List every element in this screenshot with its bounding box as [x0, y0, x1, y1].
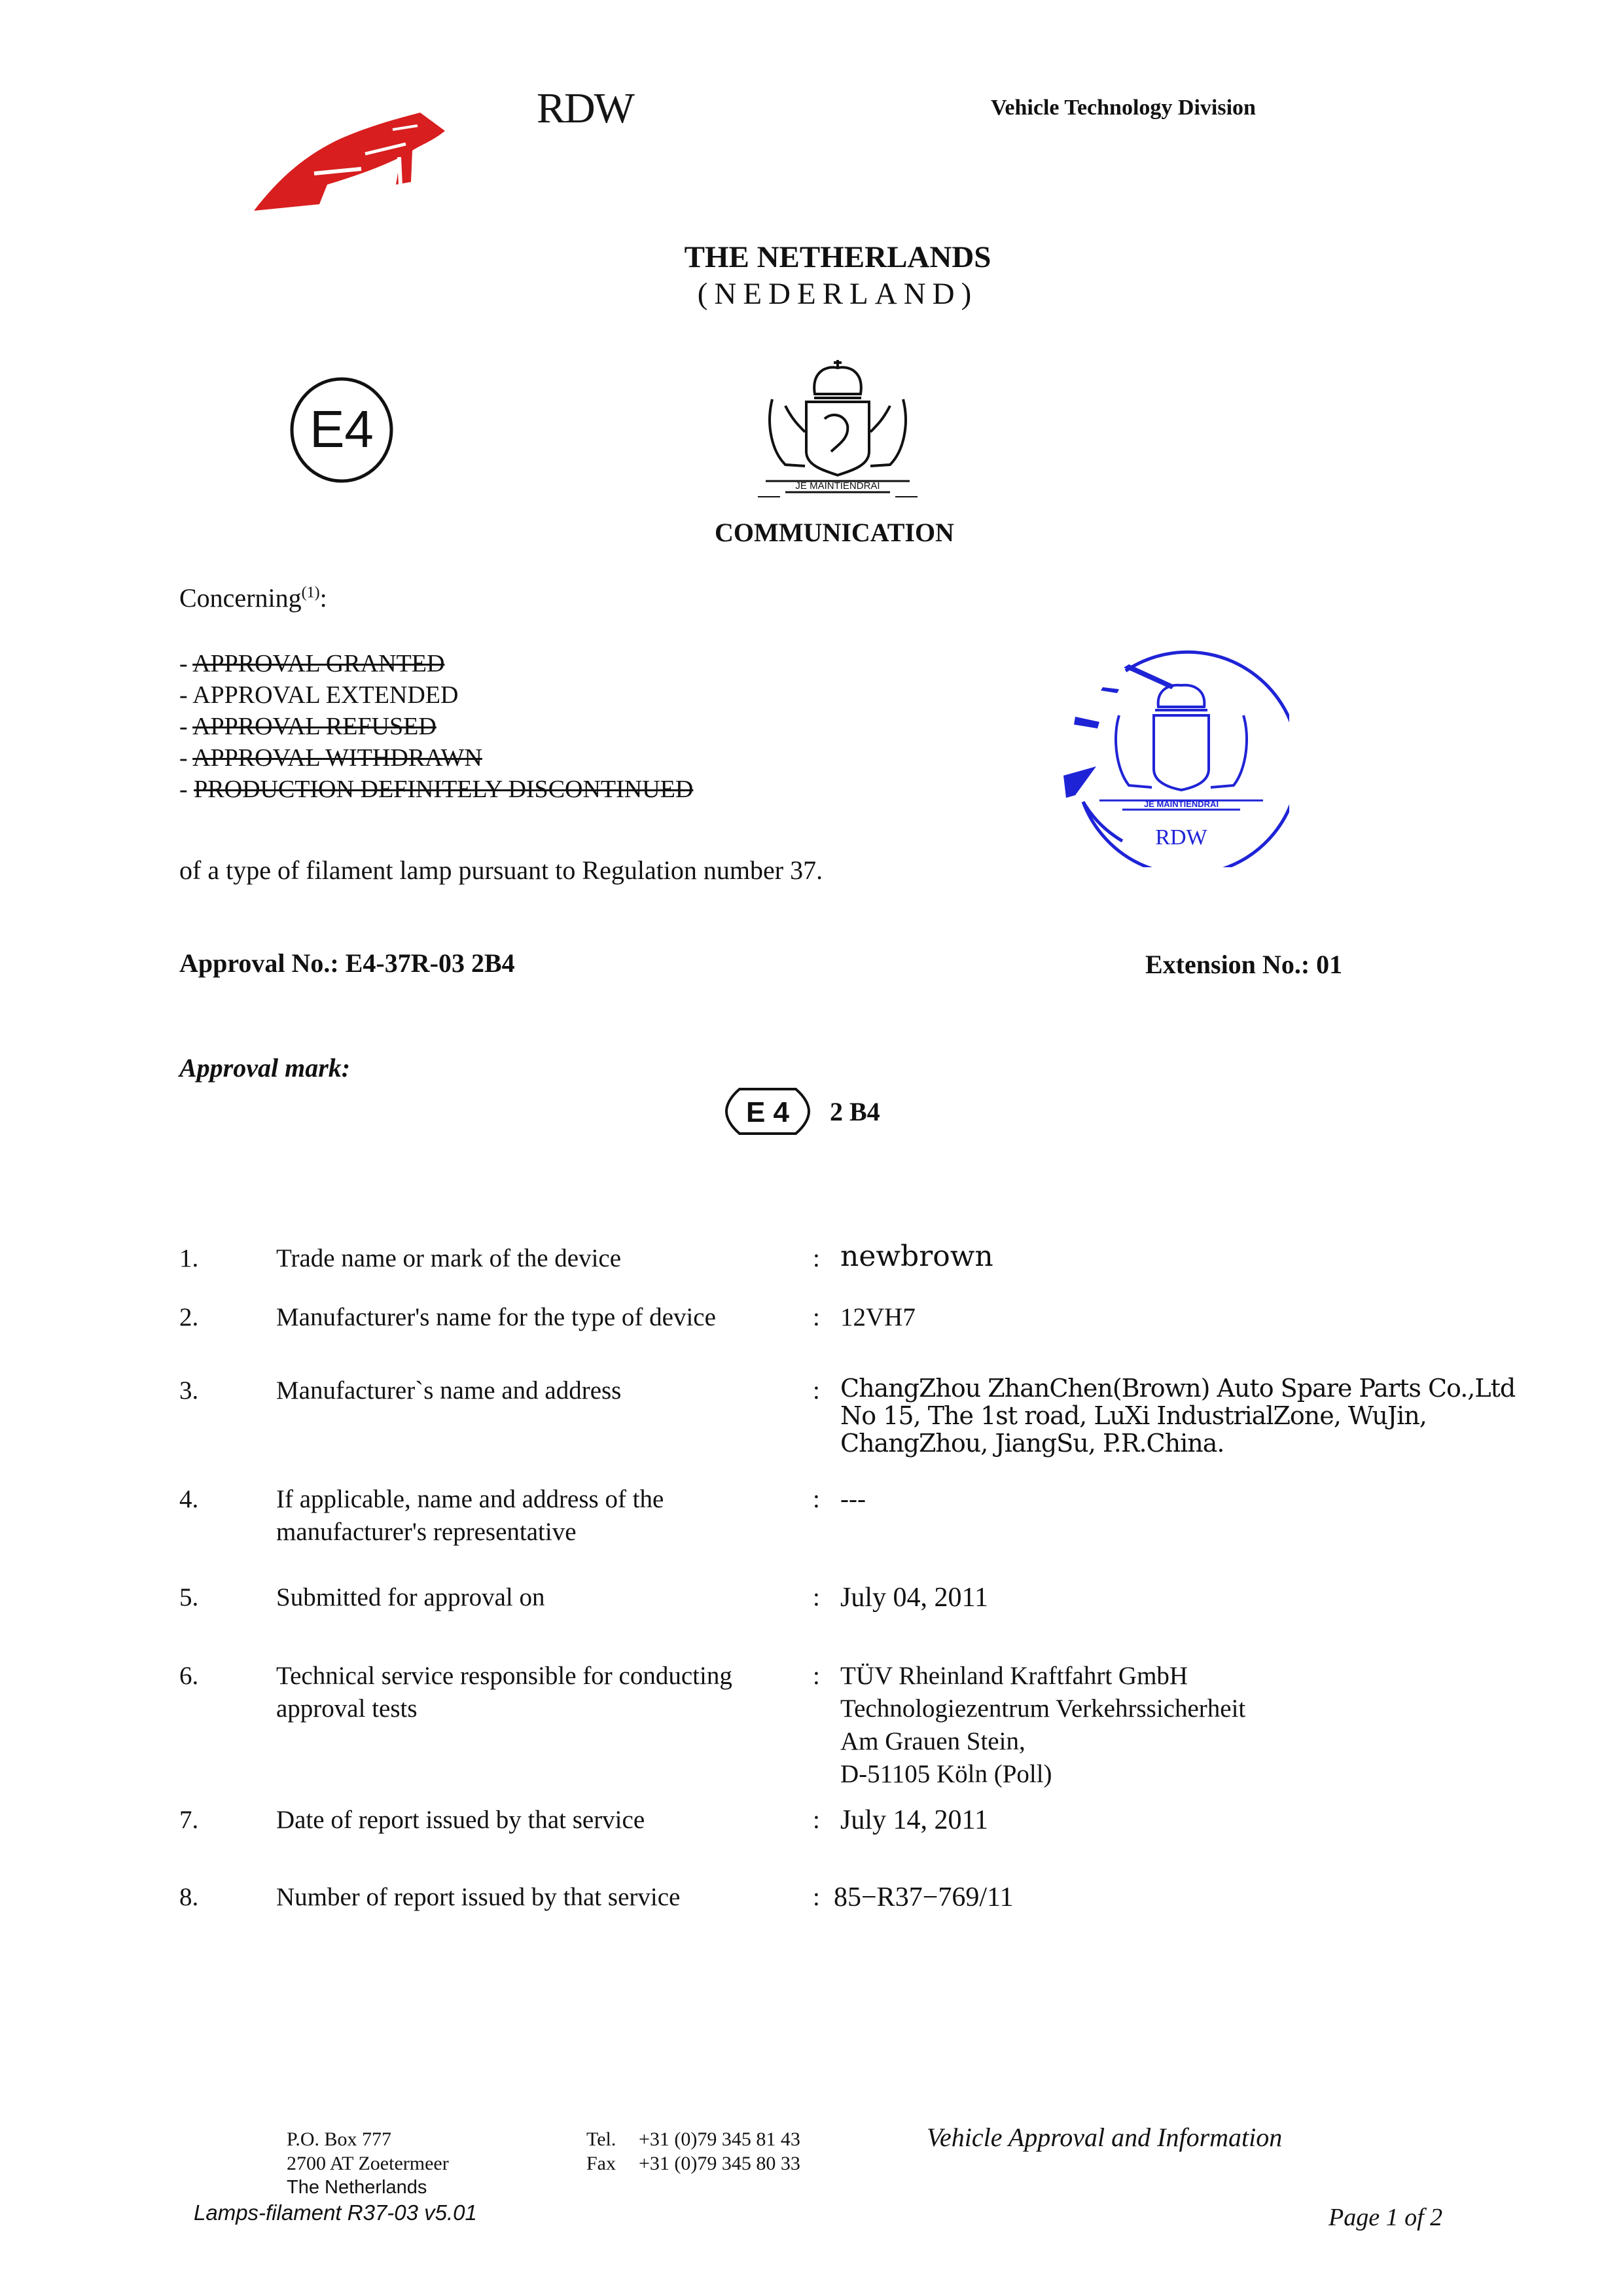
concerning-label: Concerning(1):	[179, 583, 327, 613]
status-option: - APPROVAL WITHDRAWN	[179, 742, 693, 774]
field-value: ChangZhou ZhanChen(Brown) Auto Spare Par…	[840, 1374, 1593, 1457]
field-value: 85−R37−769/11	[834, 1881, 1586, 1914]
stamp-text: RDW	[1155, 825, 1207, 850]
page-indicator: Page 1 of 2	[1329, 2203, 1442, 2232]
field-value: 12VH7	[840, 1301, 1593, 1334]
field-label: Number of report issued by that service	[276, 1881, 800, 1914]
field-value: July 14, 2011	[840, 1804, 1593, 1837]
status-option: - APPROVAL GRANTED	[179, 648, 693, 679]
field-label: Date of report issued by that service	[276, 1804, 800, 1837]
e4-text: E4	[310, 400, 374, 458]
field-label: Technical service responsible for conduc…	[276, 1660, 787, 1725]
footnote-ref[interactable]: (1)	[302, 584, 320, 601]
rdw-feather-logo-icon	[249, 105, 458, 216]
approval-number: Approval No.: E4-37R-03 2B4	[179, 948, 515, 978]
field-value: newbrown	[840, 1242, 1593, 1271]
approval-number-value: E4-37R-03 2B4	[346, 948, 515, 978]
status-option: - APPROVAL REFUSED	[179, 711, 693, 742]
tel-number[interactable]: +31 (0)79 345 81 43	[639, 2128, 800, 2150]
form-identifier: Lamps-filament R37-03 v5.01	[194, 2200, 477, 2225]
field-label: If applicable, name and address of the m…	[276, 1483, 734, 1549]
rdw-logo-text: RDW	[537, 84, 633, 134]
footer-address: P.O. Box 777 2700 AT Zoetermeer The Neth…	[287, 2127, 449, 2200]
document-title: COMMUNICATION	[0, 517, 1623, 548]
field-value: TÜV Rheinland Kraftfahrt GmbH Technologi…	[840, 1660, 1593, 1791]
division-name: Vehicle Technology Division	[991, 96, 1256, 120]
e4-country-mark: E4	[288, 376, 396, 484]
fax-number: +31 (0)79 345 80 33	[639, 2153, 800, 2174]
field-label: Manufacturer`s name and address	[276, 1374, 800, 1407]
field-value: July 04, 2011	[840, 1581, 1593, 1614]
approval-mark-e4-icon: E 4	[725, 1086, 810, 1136]
motto-text: JE MAINTIENDRAI	[795, 480, 880, 492]
field-label: Submitted for approval on	[276, 1581, 800, 1614]
footer-tagline: Vehicle Approval and Information	[927, 2122, 1282, 2153]
svg-text:E 4: E 4	[746, 1096, 790, 1128]
field-label: Trade name or mark of the device	[276, 1242, 800, 1275]
svg-text:JE MAINTIENDRAI: JE MAINTIENDRAI	[1144, 799, 1219, 809]
coat-of-arms-icon: JE MAINTIENDRAI	[746, 353, 929, 497]
e4-circle-icon: E4	[288, 376, 396, 484]
field-label: Manufacturer's name for the type of devi…	[276, 1301, 800, 1334]
extension-number: Extension No.: 01	[1145, 949, 1342, 980]
footer-contact: Tel.+31 (0)79 345 81 43 Fax+31 (0)79 345…	[586, 2127, 800, 2176]
rdw-official-stamp-icon: JE MAINTIENDRAI RDW	[1037, 638, 1289, 867]
approval-mark-label: Approval mark:	[179, 1052, 350, 1083]
regulation-line: of a type of filament lamp pursuant to R…	[179, 855, 823, 886]
approval-status-list: - APPROVAL GRANTED - APPROVAL EXTENDED -…	[179, 648, 693, 805]
extension-number-value: 01	[1316, 950, 1342, 979]
approval-mark-code: 2 B4	[830, 1096, 880, 1127]
country-heading: THE NETHERLANDS	[0, 240, 1623, 275]
status-option: - APPROVAL EXTENDED	[179, 679, 693, 711]
status-option: - PRODUCTION DEFINITELY DISCONTINUED	[179, 774, 693, 805]
field-value: ---	[840, 1483, 1593, 1516]
country-native-heading: (NEDERLAND)	[0, 276, 1623, 312]
